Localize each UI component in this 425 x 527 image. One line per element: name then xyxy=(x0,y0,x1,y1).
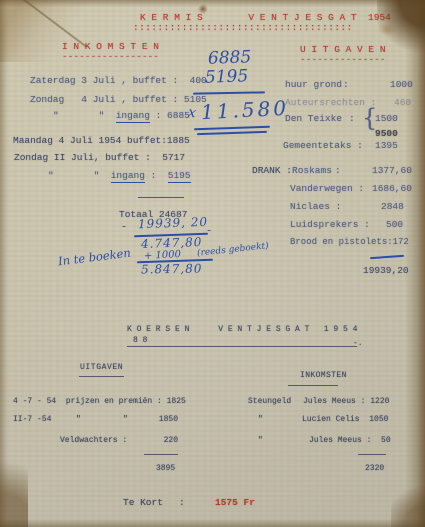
paper-stain xyxy=(377,23,397,36)
expense-label-brood-pistolets: Brood en pistolets:172 xyxy=(290,238,409,247)
hand-sum-rule xyxy=(193,91,265,94)
koersen-title: K O E R S E N V E N T J E S G A T 1 9 5 … xyxy=(127,326,357,334)
expense-header-underline: --------------- xyxy=(300,55,386,65)
hand-result-2: 5.847,80 xyxy=(141,262,203,275)
koersen-expense-header: UITGAVEN xyxy=(80,364,123,372)
expense-label-huur-grond: huur grond xyxy=(285,80,342,90)
expense-total: 19939,20 xyxy=(363,266,409,276)
expense-label-luidsprekers: Luidsprekers : xyxy=(290,220,370,230)
koersen-expense-row-3-label: Veldwachters : xyxy=(60,437,127,445)
ingang-label-underlined: ingang xyxy=(111,170,145,183)
hand-minus-sign: - xyxy=(122,220,126,232)
typed-sum-rule xyxy=(138,197,184,198)
scanned-document-photo: K E R M I S V E N T J E S G A T 1954 :::… xyxy=(0,0,425,527)
hand-add-note: (reeds geboekt) xyxy=(197,242,269,258)
expense-value-roskams: 1377,60 xyxy=(372,166,412,176)
income-row-ingang-2: " " ingang : 5195 xyxy=(48,171,191,181)
koersen-income-total: 2320 xyxy=(365,465,384,473)
koersen-income-row-1-value: Jules Meeus : 1220 xyxy=(303,398,389,406)
ditto-mark: " xyxy=(123,416,128,424)
paper-shadow-bottom-right xyxy=(391,483,425,527)
hand-check-mark: x xyxy=(187,106,197,121)
expense-value-luidsprekers: 500 xyxy=(386,220,403,230)
expense-value-den-teixke-2: 9500 xyxy=(375,129,398,139)
expense-value-vanderwegen: 1686,60 xyxy=(372,184,412,194)
hand-double-underline-2 xyxy=(197,131,267,135)
koersen-subtitle-88: 8 8 xyxy=(133,337,147,345)
expense-colon: : xyxy=(343,80,349,90)
ditto-mark: " xyxy=(258,437,263,445)
hand-total-rule xyxy=(370,255,404,259)
hand-result-1: 4.747,80 xyxy=(141,236,203,250)
koersen-income-row-3-value: Jules Meeus : 50 xyxy=(309,437,391,445)
ditto-mark: " xyxy=(258,416,263,424)
hand-sum-bottom: 5195 xyxy=(205,68,249,86)
title-underline-rule: :::::::::::::::::::::::::::::::::::: xyxy=(133,23,353,33)
paper-shadow-bottom-left xyxy=(0,447,28,527)
hand-note-in-te-boeken: In te boeken xyxy=(58,248,132,268)
koersen-expense-header-underline xyxy=(79,376,124,377)
koersen-expense-row-3-value: 220 xyxy=(150,437,178,445)
income-row-zondag-11: Zondag II Juli, buffet : 5717 xyxy=(14,153,185,163)
koersen-income-row-2-value: Lucien Celis 1050 xyxy=(302,416,388,424)
koersen-expense-row-2-date: II-7 -54 xyxy=(13,416,51,424)
ingang-value-underlined: 5195 xyxy=(168,170,191,183)
koersen-income-header: INKOMSTEN xyxy=(300,372,347,380)
hand-subtract-value: 19939, 20 xyxy=(138,216,208,230)
koersen-expense-row-1: 4 -7 - 54 prijzen en premiën : 1825 xyxy=(13,398,186,406)
expense-value-gemeentetaks: 1395 xyxy=(375,141,398,151)
expense-label-vanderwegen: Vanderwegen : xyxy=(290,184,364,194)
ingang-label-underlined: ingang xyxy=(116,110,150,123)
income-row-zondag-4: Zondag 4 Juli , buffet : 5105 xyxy=(30,95,207,105)
hand-sum-result: 11.580 xyxy=(201,98,290,123)
income-row-ingang-1: " " ingang : 6885 xyxy=(53,111,190,121)
income-header-underline: ----------------- xyxy=(62,52,159,62)
ditto-marks: " " xyxy=(48,170,111,181)
expense-prefix-drank: DRANK : xyxy=(252,166,292,176)
ditto-mark: " xyxy=(76,416,81,424)
hand-sum-top: 6885 xyxy=(208,49,252,67)
expense-value-auteursrechten: 460 xyxy=(394,98,411,108)
expense-label-den-teixke: Den Teixke xyxy=(285,114,342,124)
koersen-title-rule xyxy=(127,346,357,347)
income-row-zaterdag: Zaterdag 3 Juli , buffet : 400 xyxy=(30,76,207,86)
koersen-income-row-1-label: Steungeld xyxy=(248,398,291,406)
income-row-maandag: Maandag 4 Juli 1954 buffet:1885 xyxy=(13,136,190,146)
tekort-label: Te Kort xyxy=(123,498,163,508)
expense-colon: : xyxy=(349,114,355,124)
expense-value-niclaes: 2848 xyxy=(381,202,404,212)
koersen-expense-row-2-value: 1850 xyxy=(150,416,178,424)
koersen-expense-total: 3895 xyxy=(156,465,175,473)
tekort-colon: : xyxy=(179,498,185,508)
expense-label-niclaes: Niclaes : xyxy=(290,202,341,212)
expense-value-den-teixke-1: 1500 xyxy=(375,114,398,124)
hand-double-underline-1 xyxy=(194,126,270,130)
tekort-value: 1575 Fr xyxy=(215,498,255,508)
ingang-separator: : xyxy=(150,110,167,121)
koersen-expense-total-rule xyxy=(144,454,178,455)
expense-colon: : xyxy=(335,166,341,176)
expense-value-huur-grond: 1000 xyxy=(390,80,413,90)
ditto-marks: " " xyxy=(53,110,116,121)
koersen-income-total-rule xyxy=(358,454,386,455)
koersen-rule-mark: -. xyxy=(353,340,363,348)
ingang-separator: : xyxy=(145,170,168,181)
expense-label-roskams: Roskams xyxy=(292,166,332,176)
koersen-income-header-underline xyxy=(288,385,338,386)
expense-label-gemeentetaks: Gemeentetaks : xyxy=(283,141,363,151)
